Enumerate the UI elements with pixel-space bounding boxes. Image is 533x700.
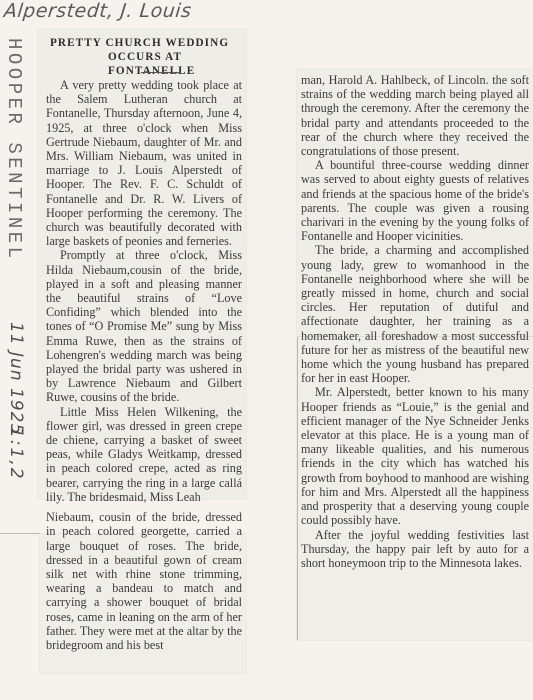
margin-annotations: HOOPER SENTINEL 11 Jun 1925 1:1,2	[0, 32, 34, 492]
headline-line-1: PRETTY CHURCH WEDDING	[46, 36, 250, 50]
article-column-right: man, Harold A. Hahlbeck, of Lincoln. the…	[301, 73, 529, 570]
handwritten-date-annotation: 11 Jun 1925	[6, 322, 26, 435]
newspaper-name-stamp: HOOPER SENTINEL	[3, 38, 25, 262]
paragraph: A very pretty wedding took place at the …	[46, 78, 242, 248]
handwritten-page-annotation: 1:1,2	[6, 427, 26, 481]
paragraph-continued: Niebaum, cousin of the bride, dressed in…	[46, 510, 242, 652]
paragraph: Little Miss Helen Wilkening, the flower …	[46, 405, 242, 504]
paragraph: After the joyful wedding festivities las…	[301, 528, 529, 571]
handwritten-name-annotation: Alperstedt, J. Louis	[3, 0, 193, 22]
paragraph: The bride, a charming and accomplished y…	[301, 243, 529, 385]
paragraph: Mr. Alperstedt, better known to his many…	[301, 385, 529, 527]
paragraph-continued: man, Harold A. Hahlbeck, of Lincoln. the…	[301, 73, 529, 158]
clipping-cut-line	[0, 533, 40, 534]
article-column-left: A very pretty wedding took place at the …	[46, 78, 242, 652]
headline-line-2: OCCURS AT FONTANELLE	[46, 50, 250, 78]
paragraph: Promptly at three o'clock, Miss Hilda Ni…	[46, 248, 242, 404]
paragraph: A bountiful three-course wedding dinner …	[301, 158, 529, 243]
headline-divider	[141, 72, 181, 73]
